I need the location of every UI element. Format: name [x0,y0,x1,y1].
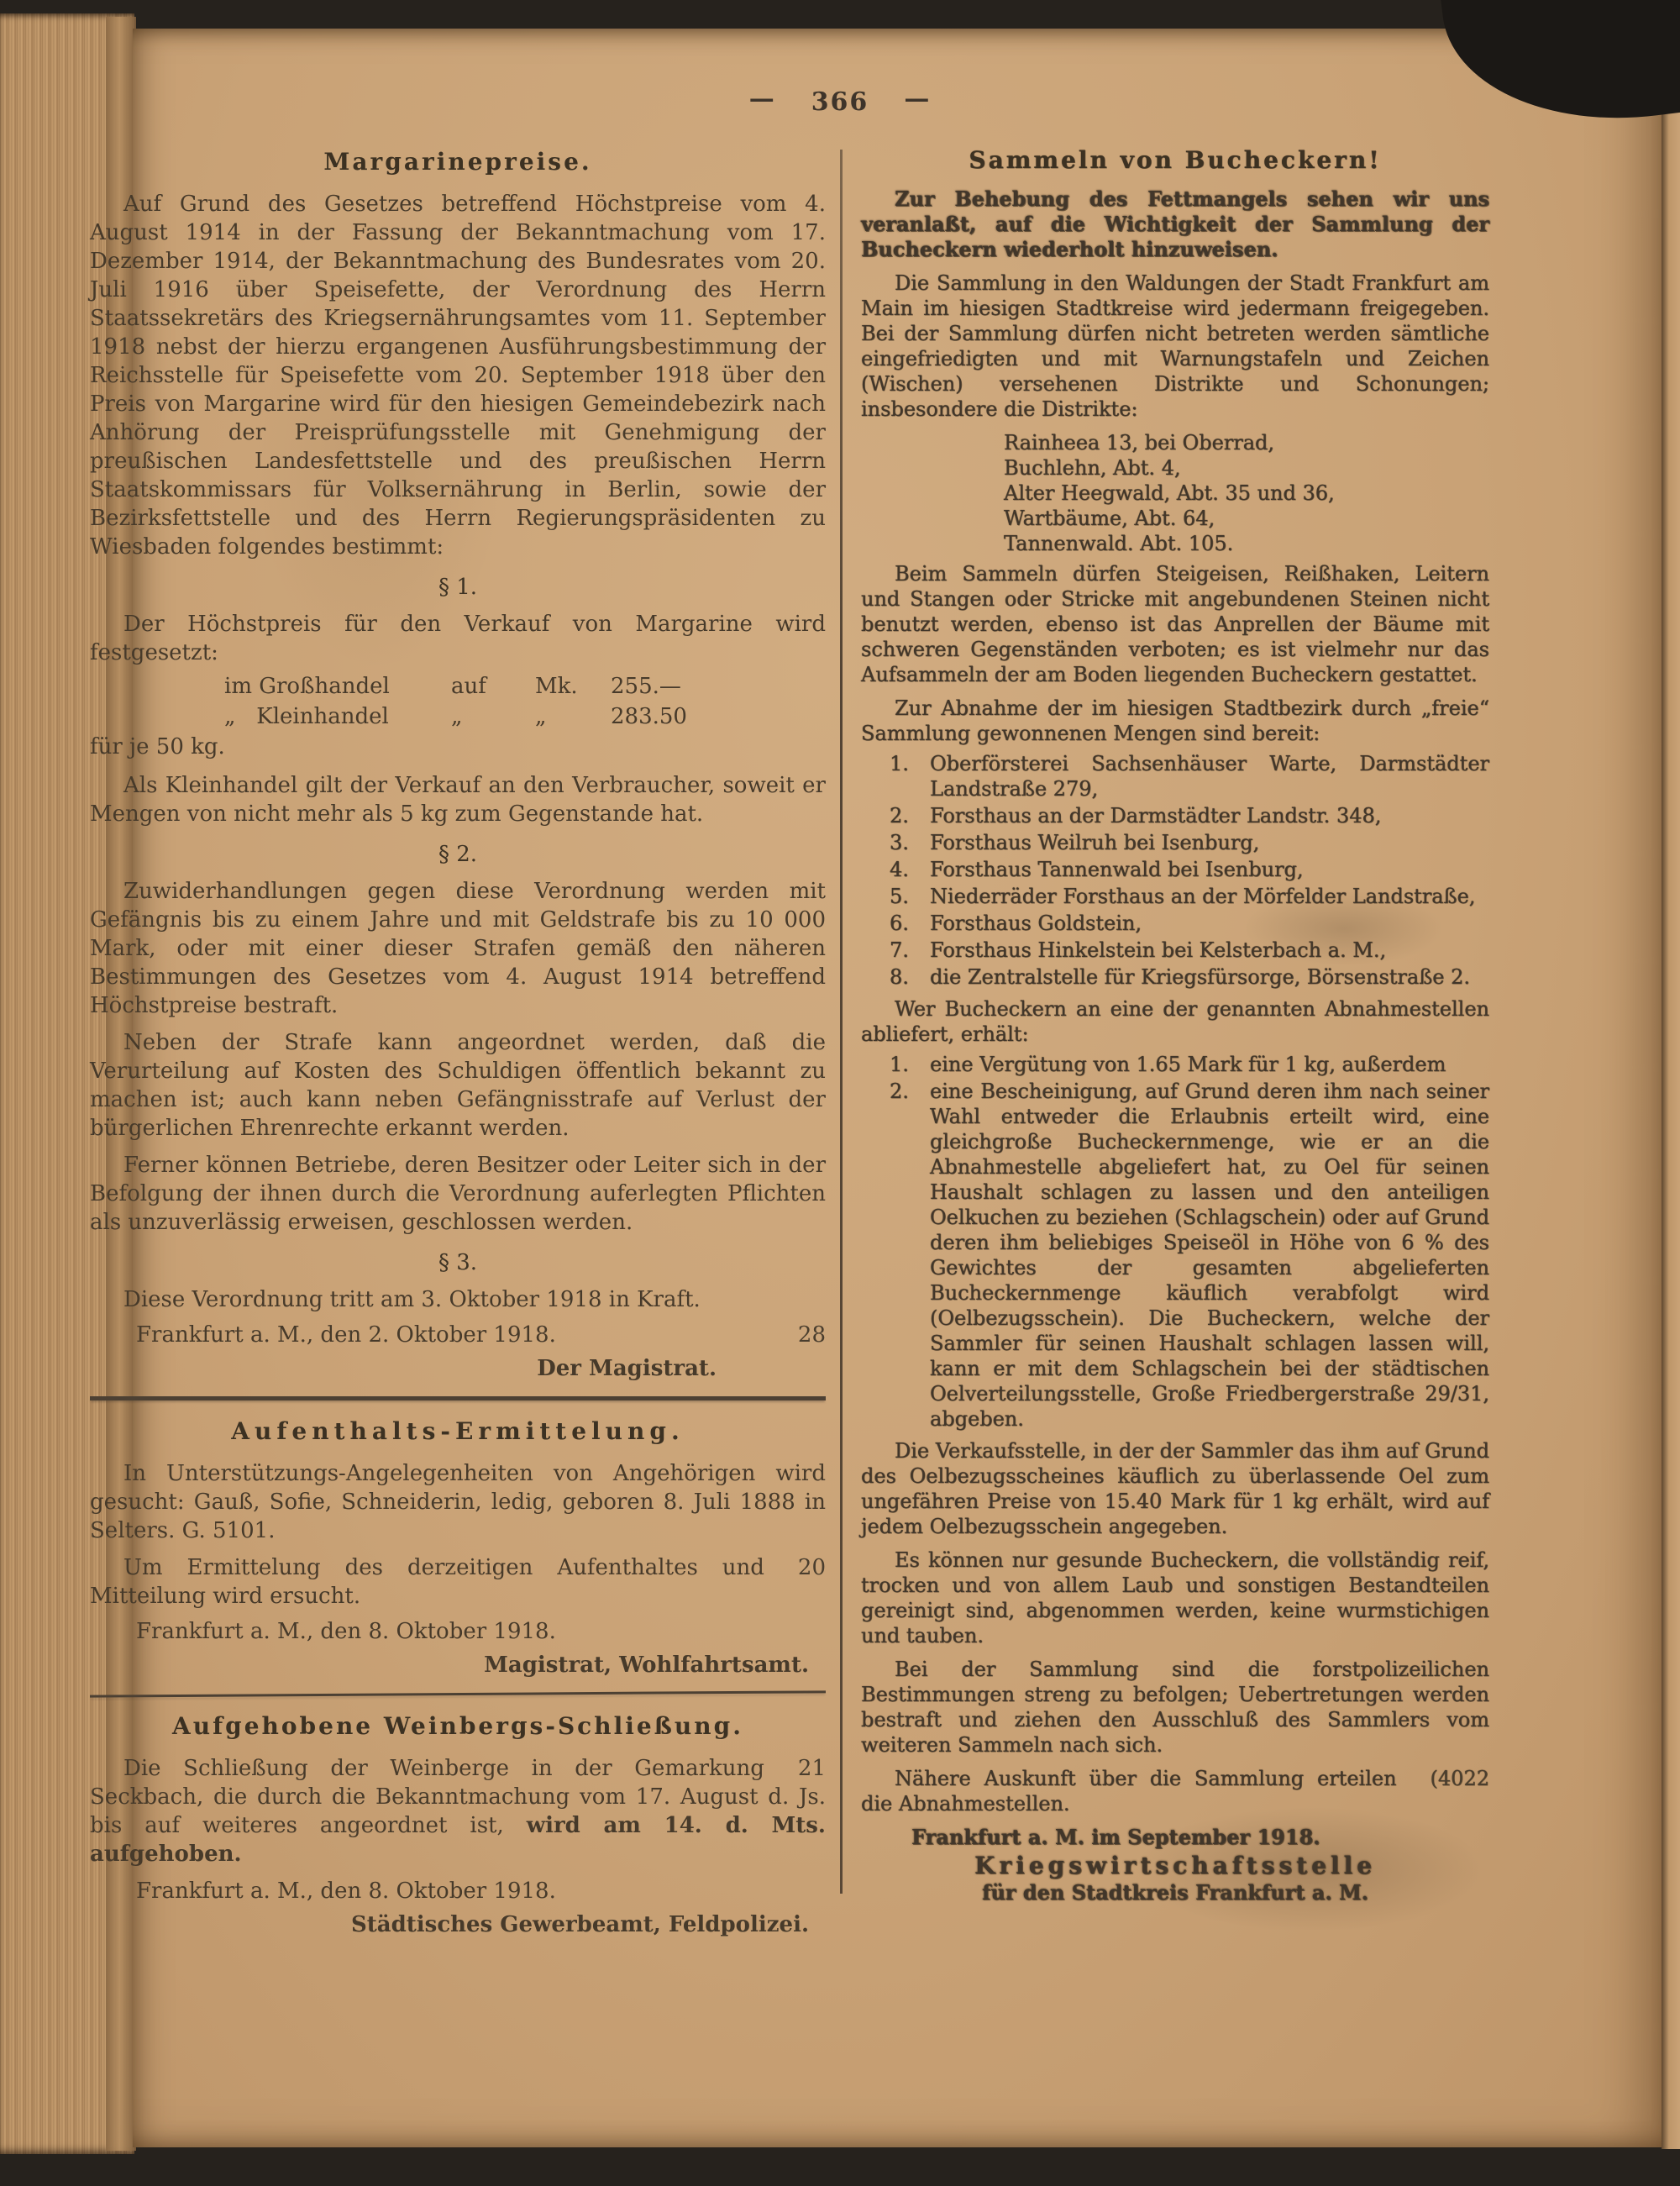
dateline-row: Frankfurt a. M., den 8. Oktober 1918. [90,1877,826,1905]
docket-number: 21 [764,1754,826,1783]
paragraph-verkaufsstelle: Die Verkaufsstelle, in der der Sammler d… [861,1438,1489,1539]
price-word: auf [451,672,535,701]
district-list: Rainheea 13, bei Oberrad, Buchlehn, Abt.… [861,430,1489,556]
paragraph-ersuchen: 20Um Ermittelung des derzeitigen Aufenth… [90,1553,826,1611]
article-title-aufenthalts-ermittelung: Aufenthalts-Ermittelung. [90,1417,826,1446]
page-number-dash-right: — [904,84,931,113]
paragraph-qualitaet: Es können nur gesunde Bucheckern, die vo… [861,1548,1489,1648]
station-item: 7.Forsthaus Hinkelstein bei Kelsterbach … [861,938,1489,963]
district-item: Rainheea 13, bei Oberrad, [1004,430,1489,455]
docket-number: (4022 [1397,1766,1489,1791]
benefit-item: 1.eine Vergütung von 1.65 Mark für 1 kg,… [861,1052,1489,1077]
benefit-number: 1. [890,1052,909,1077]
page-number: —366— [0,87,1680,117]
dateline: Frankfurt a. M., den 8. Oktober 1918. [136,1877,556,1905]
article-weinbergs-schliessung: Aufgehobene Weinbergs-Schließung. 21Die … [90,1712,826,1939]
paragraph-schliessung: 21Die Schließung der Weinberge in der Ge… [90,1754,826,1868]
docket-number: 20 [764,1553,826,1582]
paragraph-gesucht: In Unterstützungs-Angelegenheiten von An… [90,1459,826,1545]
district-item: Tannenwald. Abt. 105. [1004,531,1489,556]
signature-wohlfahrtsamt: Magistrat, Wohlfahrtsamt. [90,1651,826,1679]
column-divider-rule [840,150,843,1894]
paragraph-lead: Zur Behebung des Fettmangels sehen wir u… [861,187,1489,262]
paragraph-strafen-1: Zuwiderhandlungen gegen diese Verordnung… [90,877,826,1020]
price-unit-note: für je 50 kg. [90,733,826,761]
price-currency: Mk. [535,672,611,701]
station-item: 4.Forsthaus Tannenwald bei Isenburg, [861,857,1489,882]
paragraph-forstpolizei: Bei der Sammlung sind die forstpolizeili… [861,1657,1489,1758]
station-number: 1. [890,751,909,776]
station-number: 4. [890,857,909,882]
docket-number: 28 [798,1321,826,1349]
price-row-grosshandel: im Großhandel auf Mk. 255.— [90,672,826,701]
station-item: 3.Forsthaus Weilruh bei Isenburg, [861,830,1489,855]
article-title-weinbergs-schliessung: Aufgehobene Weinbergs-Schließung. [90,1712,826,1741]
station-text: Forsthaus Weilruh bei Isenburg, [930,831,1259,854]
paragraph-abnahme-intro: Zur Abnahme der im hiesigen Stadtbezirk … [861,696,1489,746]
station-text: Forsthaus Goldstein, [930,912,1142,935]
section-heading-1: § 1. [90,573,826,602]
station-text: Forsthaus an der Darmstädter Landstr. 34… [930,804,1381,828]
price-word: „ [451,702,535,731]
signature-stadtkreis: für den Stadtkreis Frankfurt a. M. [861,1880,1489,1905]
article-aufenthalts-ermittelung: Aufenthalts-Ermittelung. In Unterstützun… [90,1417,826,1679]
benefit-number: 2. [890,1079,909,1104]
station-number: 7. [890,938,909,963]
article-margarinepreise: Margarinepreise. Auf Grund des Gesetzes … [90,148,826,1383]
signature-magistrat: Der Magistrat. [90,1354,826,1383]
signature-kriegswirtschaftsstelle: Kriegswirtschaftsstelle [861,1853,1489,1879]
right-column: Sammeln von Bucheckern! Zur Behebung des… [861,148,1489,1907]
page-number-dash-left: — [749,84,776,113]
station-text: Niederräder Forsthaus an der Mörfelder L… [930,885,1475,908]
paragraph-verguetung-intro: Wer Bucheckern an eine der genannten Abn… [861,996,1489,1047]
paragraph-auskunft-text: Nähere Auskunft über die Sammlung erteil… [861,1767,1397,1816]
station-text: Forsthaus Tannenwald bei Isenburg, [930,858,1304,881]
benefit-text: eine Vergütung von 1.65 Mark für 1 kg, a… [930,1053,1446,1076]
station-item: 5.Niederräder Forsthaus an der Mörfelder… [861,884,1489,909]
price-label: im Großhandel [224,672,451,701]
paragraph-strafen-2: Neben der Strafe kann angeordnet werden,… [90,1028,826,1143]
price-row-kleinhandel: „ Kleinhandel „ „ 283.50 [90,702,826,731]
scanned-gazette-page: { "page_header": { "left_dash": "—", "nu… [0,0,1680,2186]
benefit-item: 2.eine Bescheinigung, auf Grund deren ih… [861,1079,1489,1432]
paragraph-sammel-verbote: Beim Sammeln dürfen Steigeisen, Reißhake… [861,561,1489,687]
signature-gewerbeamt: Städtisches Gewerbeamt, Feldpolizei. [90,1910,826,1939]
paragraph-auskunft: (4022Nähere Auskunft über die Sammlung e… [861,1766,1489,1816]
station-number: 3. [890,830,909,855]
paragraph-strafen-3: Ferner können Betriebe, deren Besitzer o… [90,1151,826,1237]
station-item: 8.die Zentralstelle für Kriegsfürsorge, … [861,964,1489,990]
dateline-row: Frankfurt a. M., den 8. Oktober 1918. [90,1617,826,1646]
price-value: 283.50 [611,702,687,731]
page-number-value: 366 [811,87,869,117]
district-item: Wartbäume, Abt. 64, [1004,506,1489,531]
station-number: 8. [890,964,909,990]
dateline: Frankfurt a. M., den 8. Oktober 1918. [136,1617,556,1646]
price-currency: „ [535,702,611,731]
station-item: 1.Oberförsterei Sachsenhäuser Warte, Dar… [861,751,1489,801]
dateline: Frankfurt a. M., den 2. Oktober 1918. [136,1321,556,1349]
price-label: „ Kleinhandel [224,702,451,731]
section-heading-2: § 2. [90,840,826,869]
station-number: 2. [890,803,909,828]
station-item: 6.Forsthaus Goldstein, [861,911,1489,936]
separator-rule [90,1690,826,1697]
station-list: 1.Oberförsterei Sachsenhäuser Warte, Dar… [861,751,1489,990]
section-heading-3: § 3. [90,1248,826,1277]
paragraph-kleinhandel-definition: Als Kleinhandel gilt der Verkauf an den … [90,771,826,828]
paragraph-hoechstpreis: Der Höchstpreis für den Verkauf von Marg… [90,610,826,667]
article-title-bucheckern: Sammeln von Bucheckern! [861,148,1489,173]
separator-rule [90,1396,826,1400]
district-item: Buchlehn, Abt. 4, [1004,455,1489,481]
station-item: 2.Forsthaus an der Darmstädter Landstr. … [861,803,1489,828]
district-item: Alter Heegwald, Abt. 35 und 36, [1004,481,1489,506]
station-text: Forsthaus Hinkelstein bei Kelsterbach a.… [930,938,1386,962]
dateline: Frankfurt a. M. im September 1918. [861,1825,1489,1850]
next-page-edge-right [1662,99,1680,2149]
paragraph-sammlung-freigegeben: Die Sammlung in den Waldungen der Stadt … [861,271,1489,422]
station-number: 5. [890,884,909,909]
station-text: Oberförsterei Sachsenhäuser Warte, Darms… [930,752,1489,801]
article-title-margarinepreise: Margarinepreise. [90,148,826,176]
station-text: die Zentralstelle für Kriegsfürsorge, Bö… [930,965,1470,989]
left-column: Margarinepreise. Auf Grund des Gesetzes … [90,148,826,1947]
dateline-row: Frankfurt a. M., den 2. Oktober 1918. 28 [90,1321,826,1349]
paragraph-inkrafttreten: Diese Verordnung tritt am 3. Oktober 191… [90,1285,826,1314]
paragraph-legal-basis: Auf Grund des Gesetzes betreffend Höchst… [90,190,826,561]
benefit-text: eine Bescheinigung, auf Grund deren ihm … [930,1080,1489,1431]
benefit-list: 1.eine Vergütung von 1.65 Mark für 1 kg,… [861,1052,1489,1432]
price-value: 255.— [611,672,681,701]
paragraph-ersuchen-text: Um Ermittelung des derzeitigen Aufenthal… [90,1555,764,1609]
station-number: 6. [890,911,909,936]
